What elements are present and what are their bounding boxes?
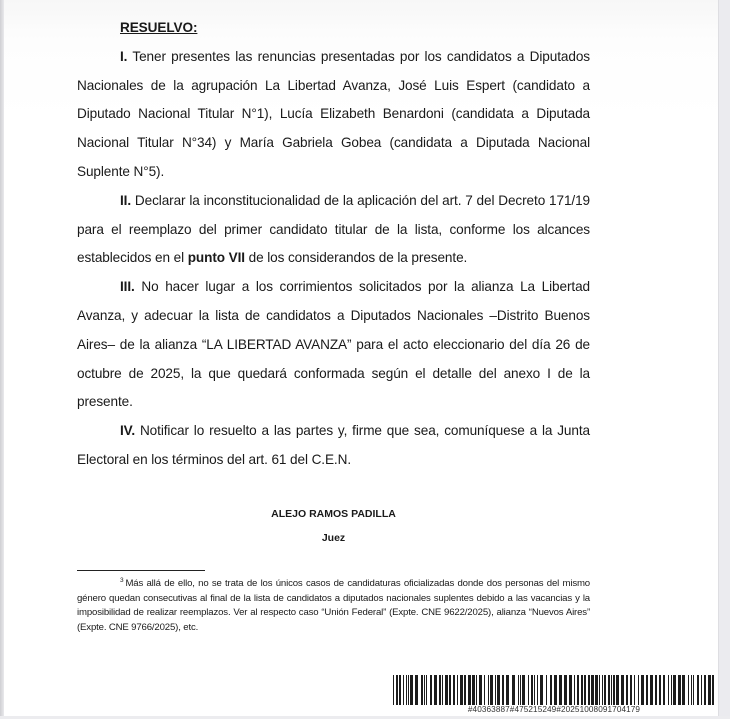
barcode-image (393, 675, 715, 705)
paragraph-numeral: IV. (120, 423, 135, 438)
viewer-scrollbar-track[interactable] (718, 0, 730, 719)
signature-title: Juez (77, 532, 590, 544)
signature-name: ALEJO RAMOS PADILLA (77, 508, 590, 520)
resolution-paragraph-4: IV. Notificar lo resuelto a las partes y… (77, 417, 590, 475)
footnote: 3Más allá de ello, no se trata de los ún… (77, 574, 590, 635)
paragraph-text: No hacer lugar a los corrimientos solici… (77, 279, 590, 409)
paragraph-text: Notificar lo resuelto a las partes y, fi… (77, 423, 590, 467)
barcode-number: #40363887#475215249#20251008091704179 (393, 705, 715, 714)
paragraph-text: de los considerandos de la presente. (245, 250, 467, 265)
resolution-paragraph-3: III. No hacer lugar a los corrimientos s… (77, 273, 590, 417)
footnote-separator (77, 570, 205, 571)
footnote-marker: 3 (120, 577, 123, 584)
paragraph-bold-reference: punto VII (188, 250, 245, 265)
paragraph-text: Tener presentes las renuncias presentada… (77, 49, 590, 179)
footnote-text: Más allá de ello, no se trata de los úni… (77, 578, 590, 633)
resolution-paragraph-1: I. Tener presentes las renuncias present… (77, 43, 590, 187)
resolution-body: RESUELVO: I. Tener presentes las renunci… (77, 14, 590, 475)
resolution-paragraph-2: II. Declarar la inconstitucionalidad de … (77, 187, 590, 273)
paragraph-numeral: II. (120, 193, 131, 208)
resolution-heading: RESUELVO: (77, 14, 590, 43)
paragraph-numeral: III. (120, 279, 135, 294)
